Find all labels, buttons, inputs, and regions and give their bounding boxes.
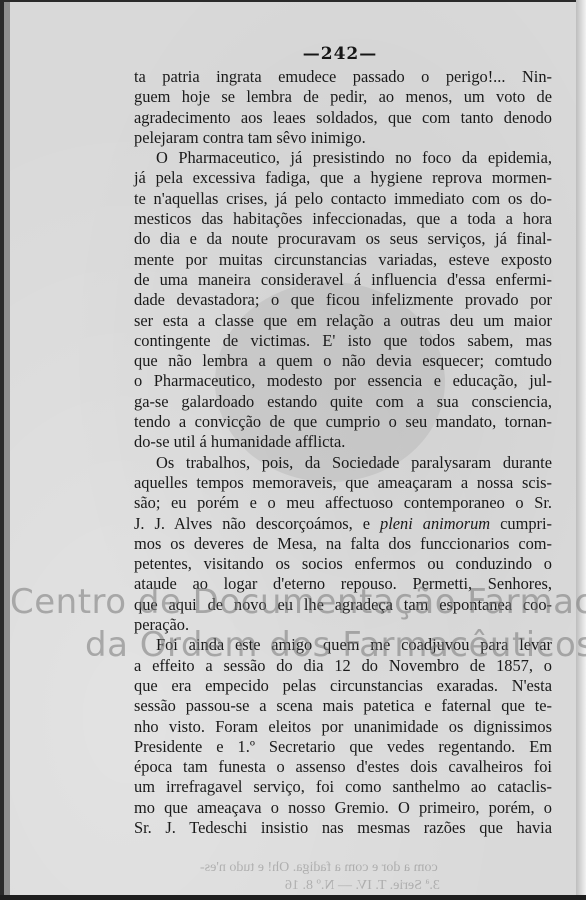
text-segment: cumpri- [490, 514, 552, 533]
page-number: —242— [300, 44, 380, 64]
text-line: aquelles tempos memoraveis, que ameaçara… [134, 473, 552, 493]
text-line: J. J. Alves não descorçoámos, e pleni an… [134, 514, 552, 534]
page-edge [576, 0, 586, 900]
text-line: tendo a convicção de que cumprio o seu m… [134, 412, 552, 432]
text-line: que era empecido pelas circunstancias ex… [134, 676, 552, 696]
text-line: nho visto. Foram eleitos por unanimidade… [134, 717, 552, 737]
text-line: guem hoje se lembra de pedir, ao menos, … [134, 87, 552, 107]
text-line: ta patria ingrata emudece passado o peri… [134, 67, 552, 87]
text-line: agradecimento aos leaes soldados, que co… [134, 108, 552, 128]
text-line: Sr. J. Tedeschi insistio nas mesmas razõ… [134, 818, 552, 838]
text-line: mo que ameaçava o nosso Gremio. O primei… [134, 798, 552, 818]
text-line: de uma maneira consideravel á influencia… [134, 270, 552, 290]
text-line: dade devastadora; o que ficou infelizmen… [134, 290, 552, 310]
text-segment: J. J. Alves não descorçoámos, e [134, 514, 380, 533]
paragraph-start: O Pharmaceutico, já presistindo no foco … [134, 148, 552, 168]
text-line: contingente de victimas. E' isto que tod… [134, 331, 552, 351]
text-line: ser esta a classe que em relação a outra… [134, 311, 552, 331]
text-line: época tam funesta o assenso d'estes dois… [134, 757, 552, 777]
text-line: ga-se galardoado estando quite com a sua… [134, 392, 552, 412]
text-line: te n'aquellas crises, já pelo contacto i… [134, 189, 552, 209]
bleed-through-text: com a dor e com a fadiga. Oh! e tudo n'e… [200, 860, 438, 876]
text-line: já pela excessiva fadiga, que a hygiene … [134, 168, 552, 188]
text-line: pelejaram contra tam sêvo inimigo. [134, 128, 552, 148]
text-line: mos os deveres de Mesa, na falta dos fun… [134, 534, 552, 554]
text-line: são; eu porém e o meu affectuoso contemp… [134, 493, 552, 513]
bleed-through-text: 3.ª Serie. T. IV. — N.º 8. 16 [285, 878, 440, 894]
scan-border [0, 895, 586, 900]
watermark-text: da Ordem dos Farmacêuticos [85, 625, 586, 665]
text-line: do dia e da noute procuravam os seus ser… [134, 229, 552, 249]
latin-phrase: pleni animorum [380, 514, 490, 533]
text-line: mente por muitas circunstancias variadas… [134, 250, 552, 270]
body-text: ta patria ingrata emudece passado o peri… [134, 67, 552, 838]
text-line: o Pharmaceutico, modesto por essencia e … [134, 371, 552, 391]
text-line: Presidente e 1.º Secretario que vedes re… [134, 737, 552, 757]
text-line: do-se util á humanidade afflicta. [134, 432, 552, 452]
text-line: um irrefragavel serviço, foi como santhe… [134, 777, 552, 797]
text-line: mesticos das habitações infeccionadas, q… [134, 209, 552, 229]
text-line: que não lembra a quem o não devia esquec… [134, 351, 552, 371]
text-line: petentes, visitando os socios enfermos o… [134, 554, 552, 574]
text-line: sessão passou-se a scena mais patetica e… [134, 696, 552, 716]
watermark-text: Centro de Documentação Farmacêutica [10, 582, 586, 622]
paragraph-start: Os trabalhos, pois, da Sociedade paralys… [134, 453, 552, 473]
